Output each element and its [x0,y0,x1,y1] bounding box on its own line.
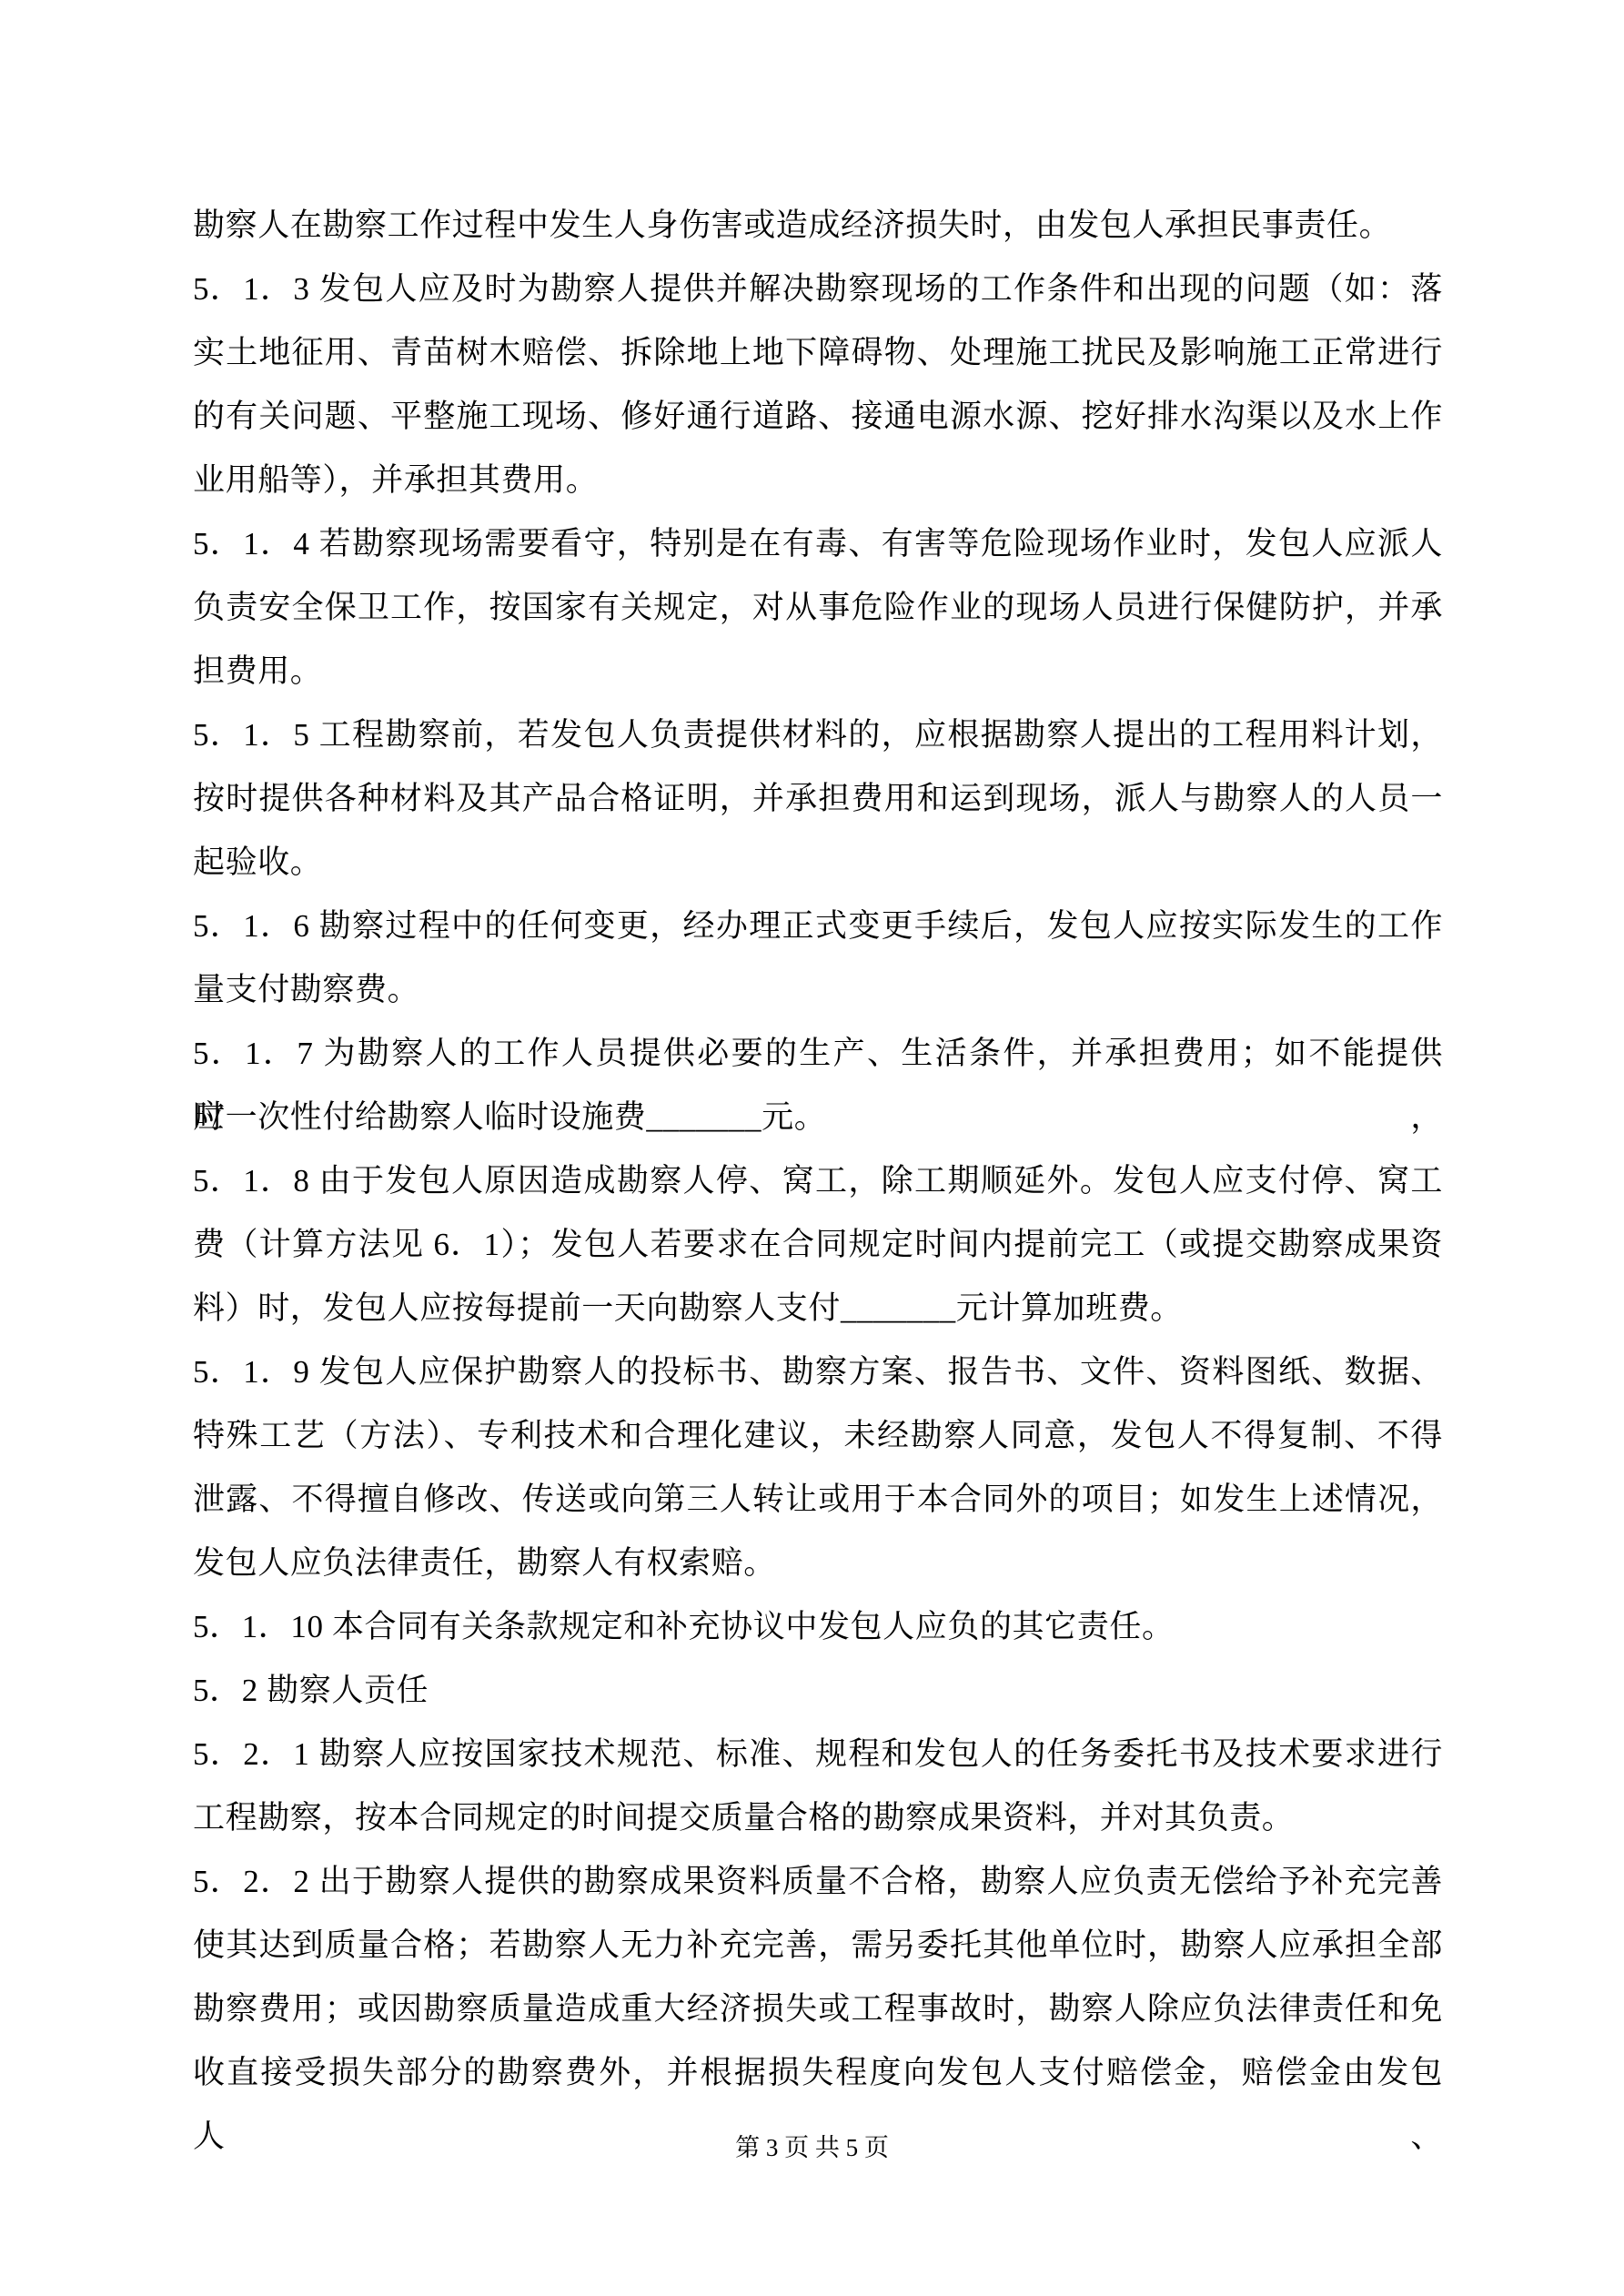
contract-text-line: 的有关问题、平整施工现场、修好通行道路、接通电源水源、挖好排水沟渠以及水上作 [193,385,1443,449]
contract-text-line: 勘察费用；或因勘察质量造成重大经济损失或工程事故时，勘察人除应负法律责任和免 [193,1977,1443,2041]
contract-text-block: 勘察人在勘察工作过程中发生人身伤害或造成经济损失时，由发包人承担民事责任。5．1… [193,194,1443,2105]
contract-text-line: 5．2 勘察人贡任 [193,1659,1443,1723]
contract-text-line: 担费用。 [193,640,1443,703]
contract-text-line: 实土地征用、青苗树木赔偿、拆除地上地下障碍物、处理施工扰民及影响施工正常进行 [193,321,1443,385]
contract-text-line: 负责安全保卫工作，按国家有关规定，对从事危险作业的现场人员进行保健防护，并承 [193,576,1443,640]
contract-text-line: 5．1．4 若勘察现场需要看守，特别是在有毒、有害等危险现场作业时，发包人应派人 [193,512,1443,576]
contract-text-line: 5．2．2 出于勘察人提供的勘察成果资料质量不合格，勘察人应负责无偿给予补充完善 [193,1850,1443,1914]
contract-text-line: 起验收。 [193,831,1443,895]
contract-text-line: 收直接受损失部分的勘察费外，并根据损失程度向发包人支付赔偿金，赔偿金由发包人、 [193,2041,1443,2105]
contract-text-line: 使其达到质量合格；若勘察人无力补充完善，需另委托其他单位时，勘察人应承担全部 [193,1914,1443,1977]
contract-text-line: 5．1．6 勘察过程中的任何变更，经办理正式变更手续后，发包人应按实际发生的工作 [193,895,1443,958]
contract-text-line: 工程勘察，按本合同规定的时间提交质量合格的勘察成果资料，并对其负责。 [193,1786,1443,1850]
contract-text-line: 按时提供各种材料及其产品合格证明，并承担费用和运到现场，派人与勘察人的人员一 [193,767,1443,831]
contract-text-line: 5．1．8 由于发包人原因造成勘察人停、窝工，除工期顺延外。发包人应支付停、窝工 [193,1149,1443,1213]
contract-text-line: 特殊工艺（方法）、专利技术和合理化建议，未经勘察人同意，发包人不得复制、不得 [193,1404,1443,1468]
contract-text-line: 泄露、不得擅自修改、传送或向第三人转让或用于本合同外的项目；如发生上述情况， [193,1468,1443,1532]
contract-text-line: 5．1．3 发包人应及时为勘察人提供并解决勘察现场的工作条件和出现的问题（如：落 [193,258,1443,321]
contract-document-page: 勘察人在勘察工作过程中发生人身伤害或造成经济损失时，由发包人承担民事责任。5．1… [0,0,1624,2296]
contract-text-line: 5．1．10 本合同有关条款规定和补充协议中发包人应负的其它责任。 [193,1595,1443,1659]
contract-text-line: 费（计算方法见 6．1）；发包人若要求在合同规定时间内提前完工（或提交勘察成果资 [193,1213,1443,1277]
contract-text-line: 发包人应负法律责任，勘察人有权索赔。 [193,1532,1443,1595]
contract-text-line: 业用船等），并承担其费用。 [193,449,1443,512]
contract-text-line: 勘察人在勘察工作过程中发生人身伤害或造成经济损失时，由发包人承担民事责任。 [193,194,1443,258]
page-number-footer: 第 3 页 共 5 页 [0,2129,1624,2166]
contract-text-line: 5．2．1 勘察人应按国家技术规范、标准、规程和发包人的任务委托书及技术要求进行 [193,1723,1443,1786]
contract-text-line: 料）时，发包人应按每提前一天向勘察人支付_______元计算加班费。 [193,1277,1443,1340]
contract-text-line: 5．1．9 发包人应保护勘察人的投标书、勘察方案、报告书、文件、资料图纸、数据、 [193,1340,1443,1404]
contract-text-line: 5．1．5 工程勘察前，若发包人负责提供材料的，应根据勘察人提出的工程用料计划， [193,703,1443,767]
contract-text-line: 量支付勘察费。 [193,958,1443,1022]
contract-text-line: 5．1．7 为勘察人的工作人员提供必要的生产、生活条件，并承担费用；如不能提供时… [193,1022,1443,1086]
